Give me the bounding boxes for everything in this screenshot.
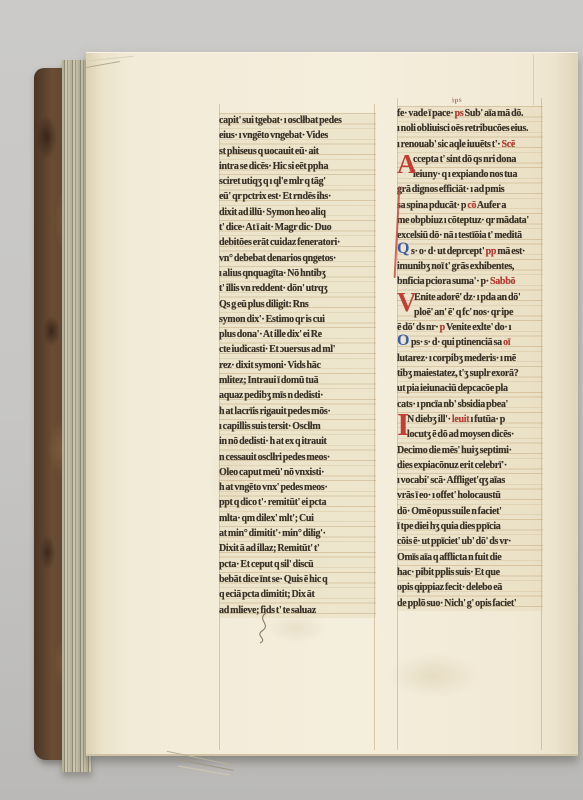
manuscript-text-line: excelsiū dō· nā ı testīōia t' meditā [397, 228, 543, 243]
body-text: imunibʒ noī t' grās exhibentes, [397, 261, 514, 272]
body-text: pcta· Et ceput q sil' discū [219, 559, 313, 570]
manuscript-text-line: aquaz pedibʒ mīs n dedisti· [219, 388, 376, 403]
illuminated-initial: V [397, 288, 417, 316]
body-text: ı vocabi' scā· Affliget'qʒ aīas [397, 475, 505, 486]
manuscript-text-line: debitōes erāt cuidaz feneratori· [219, 235, 376, 250]
manuscript-text-line: ē dō' ds nr· p Venite exlte' do· ı [397, 320, 543, 335]
manuscript-text-line: cats· ı pncīa nb' sbsidia pbea' [397, 397, 543, 412]
body-text: eū' qr pctrix est· Et rndēs ihs· [219, 191, 331, 202]
body-text: Aufer a [477, 200, 506, 211]
body-text: N diebʒ ill'· [407, 414, 452, 425]
manuscript-text-line: Oleo caput meū' nō vnxisti· [219, 465, 376, 480]
illuminated-initial: Q [397, 241, 409, 257]
body-text: ut pia ieiunaciū depcacōe pla [397, 383, 508, 394]
body-text: at min° dimitit'· min° dilig'· [219, 528, 326, 539]
rubric-text: ps [455, 108, 465, 119]
manuscript-text-line: ad mlieve; fids t' te saluaz [219, 603, 376, 618]
body-text: sciret utiqʒ q ı ql'e mlr q tāg' [219, 176, 326, 187]
body-text: st phiseus q uocauit eū· ait [219, 146, 319, 157]
manuscript-text-line: eū' qr pctrix est· Et rndēs ihs· [219, 189, 376, 204]
manuscript-text-line: t' dice· At ī ait· Magr dic· Duo [219, 220, 376, 235]
text-column-right: fe· vade ī pace· ps Sub' aīa mā dō.ı nol… [397, 106, 543, 611]
body-text: mlitez; Intraui ī domū tuā [219, 375, 318, 386]
body-text: me obpbiuz ı cōteptuz· qr mādata' [397, 215, 529, 226]
manuscript-text-line: Dixit ā ad illaz; Remitūt' t' [219, 541, 376, 556]
body-text: vn° debebat denarios qngetos· [219, 253, 336, 264]
manuscript-text-line: capit' sui tgebat· ı osclłbat pedes [219, 113, 376, 128]
body-text: ı noli obliuisci oēs retribucōes eius. [397, 123, 528, 134]
manuscript-text-line: ps· s· d· qui ptinenciā sa oī [397, 335, 543, 350]
pen-flourish-icon [252, 612, 276, 644]
illuminated-initial: O [397, 333, 409, 349]
body-text: bnficia pciora suma'· p· [397, 276, 490, 287]
body-text: Enite adorē' dz· ı pda an dō' [414, 292, 520, 303]
manuscript-text-line: ppt q dico t'· remitūt' ei pcta [219, 495, 376, 510]
manuscript-text-line: plus dona'· At ille dix' ei Re [219, 327, 376, 342]
body-text: h at lacrīis rigauit pedes mōs· [219, 406, 331, 417]
body-text: cōis ē· ut ppīciet' ub' dō' ds vr· [397, 536, 511, 547]
body-text: mā est· [497, 246, 525, 257]
body-text: intra se dicēs· Hic si eēt ppha [219, 161, 328, 172]
page-crease [533, 55, 534, 105]
body-text: n cessauit osclłri pedes meos· [219, 452, 330, 463]
marginal-mark: ips [452, 96, 463, 105]
text-column-left: capit' sui tgebat· ı osclłbat pedeseius·… [219, 113, 376, 618]
manuscript-text-line: N diebʒ ill'· leuit ı futūa· p [397, 412, 543, 427]
illuminated-initial: A [397, 150, 417, 178]
manuscript-text-line: intra se dicēs· Hic si eēt ppha [219, 159, 376, 174]
body-text: opis qippiaz fecit· delebo eā [397, 582, 502, 593]
manuscript-text-line: Qs g eū plus diligit: Rns [219, 297, 376, 312]
manuscript-text-line: ı vocabi' scā· Affliget'qʒ aīas [397, 473, 543, 488]
body-text: plus dona'· At ille dix' ei Re [219, 329, 322, 340]
manuscript-text-line: cōis ē· ut ppīciet' ub' dō' ds vr· [397, 534, 543, 549]
manuscript-text-line: Decimo die mēs' huiʒ septimi· [397, 443, 543, 458]
body-text: ps· s· d· qui ptinenciā sa [411, 337, 503, 348]
rubric-text: Sabbō [490, 276, 515, 287]
manuscript-text-line: hac· pibit pplis suis· Et que [397, 565, 543, 580]
body-text: hac· pibit pplis suis· Et que [397, 567, 500, 578]
manuscript-text-line: s· o· d· ut deprcept' pp mā est· [397, 244, 543, 259]
body-text: de pplō suo· Nich' g' opis faciet' [397, 598, 516, 609]
body-text: t' dice· At ī ait· Magr dic· Duo [219, 222, 331, 233]
manuscript-text-line: cte iudicasti· Et ɔuersus ad ml' [219, 342, 376, 357]
manuscript-text-line: eius· ı vngēto vngebat· Vides [219, 128, 376, 143]
body-text: Dixit ā ad illaz; Remitūt' t' [219, 543, 319, 554]
body-text: cats· ı pncīa nb' sbsidia pbea' [397, 399, 508, 410]
body-text: ı futūa· p [471, 414, 505, 425]
body-text: dixit ad illū· Symon heo aliq [219, 207, 326, 218]
manuscript-text-line: st phiseus q uocauit eū· ait [219, 144, 376, 159]
manuscript-text-line: Enite adorē' dz· ı pda an dō' [397, 290, 543, 305]
body-text: vrās ī eo· ı offet' holocaustū [397, 490, 501, 501]
manuscript-text-line: bebāt dice īnt se· Quis ē hic q [219, 572, 376, 587]
manuscript-text-line: ı noli obliuisci oēs retribucōes eius. [397, 121, 543, 136]
manuscript-text-line: de pplō suo· Nich' g' opis faciet' [397, 596, 543, 611]
manuscript-text-line: sciret utiqʒ q ı ql'e mlr q tāg' [219, 174, 376, 189]
manuscript-text-line: locutʒ ē dō ad moysen dicēs· [397, 427, 543, 442]
manuscript-text-line: dies expiacōnuz erit celebrī'· [397, 458, 543, 473]
body-text: lutarez· ı corpibʒ mederis· ı mē [397, 353, 516, 364]
manuscript-text-line: rez· dixit symoni· Vids hāc [219, 358, 376, 373]
body-text: Venite exlte' do· ı [446, 322, 511, 333]
manuscript-text-line: tibʒ maiestatez, t'ʒ suplr exorā? [397, 366, 543, 381]
body-text: Omīs aīa q afflicta n fuit die [397, 552, 501, 563]
body-text: fe· vade ī pace· [397, 108, 455, 119]
fore-edge-shading [556, 53, 578, 754]
manuscript-text-line: dō· Omē opus suile n faciet' [397, 504, 543, 519]
manuscript-text-line: imunibʒ noī t' grās exhibentes, [397, 259, 543, 274]
body-text: excelsiū dō· nā ı testīōia t' meditā [397, 230, 522, 241]
body-text: symon dix'· Estimo qr is cui [219, 314, 325, 325]
body-text: Oleo caput meū' nō vnxisti· [219, 467, 324, 478]
manuscript-text-line: mlitez; Intraui ī domū tuā [219, 373, 376, 388]
rubric-text: Scē [502, 139, 516, 150]
rubric-text: leuit [452, 414, 471, 425]
manuscript-text-line: pcta· Et ceput q sil' discū [219, 557, 376, 572]
page-stain [386, 653, 481, 698]
manuscript-text-line: ı renouab' sic aqle iuuēts t'· Scē [397, 137, 543, 152]
manuscript-text-line: ut pia ieiunaciū depcacōe pla [397, 381, 543, 396]
body-text: ccepta t' sint dō qs nri dona [413, 154, 516, 165]
body-text: locutʒ ē dō ad moysen dicēs· [407, 429, 514, 440]
rubric-text: oī [503, 337, 510, 348]
body-text: ī tpe diei hʒ quia dies ppīcia [397, 521, 501, 532]
manuscript-text-line: h at vngēto vnx' pedes meos· [219, 480, 376, 495]
manuscript-text-line: t' illis vn reddent· dōn' utrqʒ [219, 281, 376, 296]
body-text: in nō dedisti· h at ex q itrauit [219, 436, 327, 447]
manuscript-text-line: ı alius qnquagīta· Nō hntibʒ [219, 266, 376, 281]
manuscript-text-line: ieiuny· q ı expiando nos tua [397, 167, 543, 182]
body-text: dies expiacōnuz erit celebrī'· [397, 460, 507, 471]
manuscript-text-line: at min° dimitit'· min° dilig'· [219, 526, 376, 541]
body-text: capit' sui tgebat· ı osclłbat pedes [219, 115, 342, 126]
body-text: grā dignos efficiāt· ı ad pmis [397, 184, 504, 195]
manuscript-text-line: symon dix'· Estimo qr is cui [219, 312, 376, 327]
body-text: debitōes erāt cuidaz feneratori· [219, 237, 340, 248]
body-text: ı renouab' sic aqle iuuēts t'· [397, 139, 502, 150]
manuscript-text-line: fe· vade ī pace· ps Sub' aīa mā dō. [397, 106, 543, 121]
manuscript-text-line: me obpbiuz ı cōteptuz· qr mādata' [397, 213, 543, 228]
body-text: dō· Omē opus suile n faciet' [397, 506, 502, 517]
body-text: s· o· d· ut deprcept' [411, 246, 486, 257]
body-text: q eciā pcta dimitit; Dix āt [219, 589, 315, 600]
body-text: ı alius qnquagīta· Nō hntibʒ [219, 268, 326, 279]
rubric-text: pp [486, 246, 498, 257]
manuscript-text-line: lutarez· ı corpibʒ mederis· ı mē [397, 351, 543, 366]
body-text: tibʒ maiestatez, t'ʒ suplr exorā? [397, 368, 518, 379]
body-text: aquaz pedibʒ mīs n dedisti· [219, 390, 323, 401]
manuscript-text-line: grā dignos efficiāt· ı ad pmis [397, 182, 543, 197]
rubric-text: cō [467, 200, 477, 211]
body-text: ieiuny· q ı expiando nos tua [413, 169, 517, 180]
manuscript-text-line: ccepta t' sint dō qs nri dona [397, 152, 543, 167]
manuscript-text-line: ī tpe diei hʒ quia dies ppīcia [397, 519, 543, 534]
manuscript-text-line: vn° debebat denarios qngetos· [219, 251, 376, 266]
manuscript-text-line: ı capillis suis tersit· Osclłm [219, 419, 376, 434]
manuscript-text-line: in nō dedisti· h at ex q itrauit [219, 434, 376, 449]
manuscript-text-line: mlta· qm dilex' mlt'; Cui [219, 511, 376, 526]
manuscript-text-line: Omīs aīa q afflicta n fuit die [397, 550, 543, 565]
manuscript-text-line: q eciā pcta dimitit; Dix āt [219, 587, 376, 602]
body-text: ı capillis suis tersit· Osclłm [219, 421, 320, 432]
manuscript-text-line: sa spina pducāt· p cō Aufer a [397, 198, 543, 213]
body-text: eius· ı vngēto vngebat· Vides [219, 130, 328, 141]
body-text: rez· dixit symoni· Vids hāc [219, 360, 321, 371]
body-text: t' illis vn reddent· dōn' utrqʒ [219, 283, 328, 294]
body-text: ppt q dico t'· remitūt' ei pcta [219, 497, 326, 508]
body-text: ploē' an' ē' q fc' nos· qr ipe [414, 307, 513, 318]
manuscript-text-line: vrās ī eo· ı offet' holocaustū [397, 488, 543, 503]
body-text: Sub' aīa mā dō. [465, 108, 524, 119]
illuminated-initial: I [397, 410, 409, 438]
manuscript-text-line: n cessauit osclłri pedes meos· [219, 450, 376, 465]
manuscript-text-line: h at lacrīis rigauit pedes mōs· [219, 404, 376, 419]
body-text: h at vngēto vnx' pedes meos· [219, 482, 328, 493]
body-text: sa spina pducāt· p [397, 200, 467, 211]
body-text: bebāt dice īnt se· Quis ē hic q [219, 574, 327, 585]
body-text: Qs g eū plus diligit: Rns [219, 299, 308, 310]
manuscript-text-line: bnficia pciora suma'· p· Sabbō [397, 274, 543, 289]
manuscript-text-line: dixit ad illū· Symon heo aliq [219, 205, 376, 220]
manuscript-text-line: ploē' an' ē' q fc' nos· qr ipe [397, 305, 543, 320]
body-text: Decimo die mēs' huiʒ septimi· [397, 445, 512, 456]
photograph-of-open-manuscript: capit' sui tgebat· ı osclłbat pedeseius·… [0, 0, 583, 800]
body-text: cte iudicasti· Et ɔuersus ad ml' [219, 344, 335, 355]
manuscript-text-line: opis qippiaz fecit· delebo eā [397, 580, 543, 595]
body-text: mlta· qm dilex' mlt'; Cui [219, 513, 314, 524]
